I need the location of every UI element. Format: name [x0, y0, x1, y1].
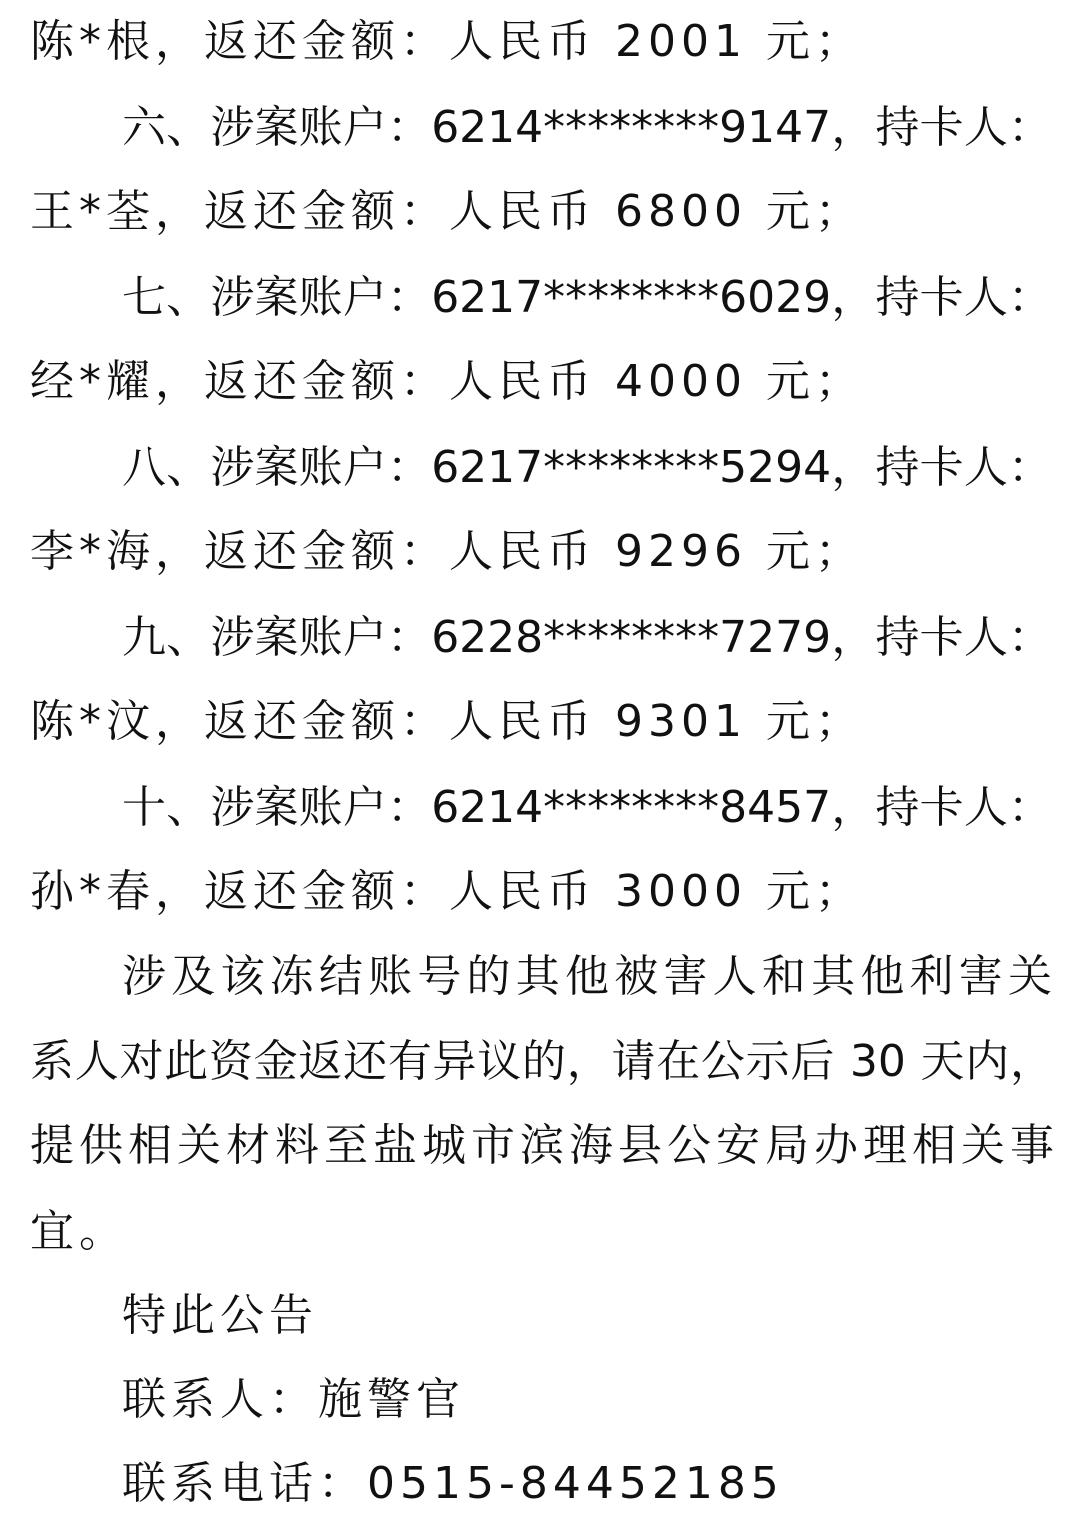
contact-person: 联系人：施警官: [122, 1370, 465, 1430]
closing-statement: 特此公告: [122, 1286, 318, 1346]
item-8-account-line: 八、涉案账户：6217********5294，持卡人：: [122, 438, 1052, 498]
item-10-account-line: 十、涉案账户：6214********8457，持卡人：: [122, 778, 1052, 838]
item-9-account-line: 九、涉案账户：6228********7279，持卡人：: [122, 608, 1052, 668]
notice-paragraph-line-4: 宜。: [30, 1202, 128, 1262]
item-6-account-line: 六、涉案账户：6214********9147，持卡人：: [122, 98, 1052, 158]
notice-paragraph-line-1: 涉及该冻结账号的其他被害人和其他利害关: [122, 947, 1052, 1007]
item-8-holder-line: 李*海，返还金额：人民币 9296 元；: [30, 522, 864, 582]
notice-paragraph-line-3: 提供相关材料至盐城市滨海县公安局办理相关事: [30, 1116, 1054, 1176]
item-9-holder-line: 陈*汶，返还金额：人民币 9301 元；: [30, 692, 864, 752]
contact-phone: 联系电话：0515-84452185: [122, 1454, 784, 1514]
item-5-holder-line: 陈*根，返还金额：人民币 2001 元；: [30, 12, 864, 72]
item-7-holder-line: 经*耀，返还金额：人民币 4000 元；: [30, 352, 864, 412]
item-7-account-line: 七、涉案账户：6217********6029，持卡人：: [122, 268, 1052, 328]
notice-paragraph-line-2: 系人对此资金返还有异议的，请在公示后 30 天内，: [30, 1032, 1054, 1092]
item-10-holder-line: 孙*春，返还金额：人民币 3000 元；: [30, 862, 864, 922]
item-6-holder-line: 王*荃，返还金额：人民币 6800 元；: [30, 182, 864, 242]
